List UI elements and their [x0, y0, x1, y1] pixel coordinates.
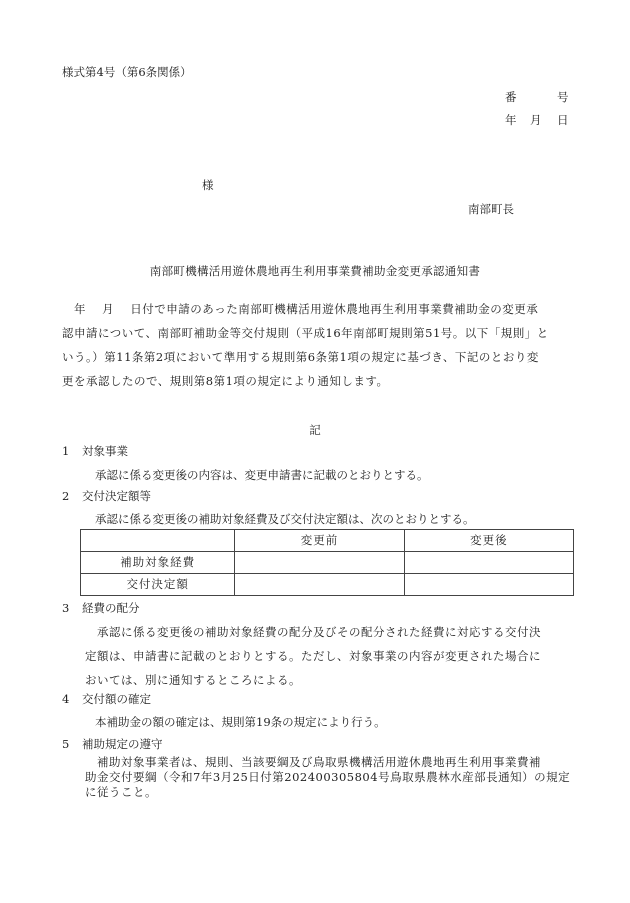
table-cell-after	[404, 552, 573, 574]
section-body-4: 本補助金の額の確定は、規則第19条の規定により行う。	[95, 717, 386, 729]
document-number-label: 番	[505, 92, 517, 104]
sender-name: 南部町長	[468, 204, 514, 216]
section-body-2: 承認に係る変更後の補助対象経費及び交付決定額は、次のとおりとする。	[95, 514, 475, 526]
section-line: 定額は、申請書に記載のとおりとする。ただし、対象事業の内容が変更された場合に	[85, 644, 575, 668]
section-number: 1	[62, 446, 82, 458]
amounts-table: 変更前 変更後 補助対象経費 交付決定額	[80, 529, 574, 596]
body-line: 年 月 日付で申請のあった南部町機構活用遊休農地再生利用事業費補助金の変更承	[62, 297, 582, 321]
section-title: 交付額の確定	[82, 692, 151, 706]
document-title: 南部町機構活用遊休農地再生利用事業費補助金変更承認通知書	[0, 266, 630, 278]
section-number: 2	[62, 491, 82, 503]
section-heading-2: 2交付決定額等	[62, 491, 151, 503]
table-row: 補助対象経費	[81, 552, 574, 574]
ki-heading: 記	[0, 425, 630, 437]
section-heading-5: 5補助規定の遵守	[62, 739, 163, 751]
table-cell-after	[404, 574, 573, 596]
addressee-honorific: 様	[202, 180, 214, 192]
section-line: 補助対象事業者は、規則、当該要綱及び鳥取県機構活用遊休農地再生利用事業費補	[85, 755, 575, 770]
date-year-label: 年	[505, 115, 517, 127]
section-title: 補助規定の遵守	[82, 737, 163, 751]
table-header-cell: 変更前	[235, 530, 404, 552]
section-line: おいては、別に通知するところによる。	[85, 668, 575, 692]
section-line: 助金交付要綱（令和7年3月25日付第202400305804号鳥取県農林水産部長…	[85, 770, 575, 785]
section-line: に従うこと。	[85, 785, 575, 800]
section-line: 承認に係る変更後の補助対象経費の配分及びその配分された経費に対応する交付決	[85, 620, 575, 644]
section-title: 経費の配分	[82, 601, 140, 615]
section-number: 4	[62, 694, 82, 706]
date-month-label: 月	[530, 115, 542, 127]
body-line: 認申請について、南部町補助金等交付規則（平成16年南部町規則第51号。以下「規則…	[62, 321, 582, 345]
table-row: 交付決定額	[81, 574, 574, 596]
section-number: 5	[62, 739, 82, 751]
section-number: 3	[62, 603, 82, 615]
form-number-label: 様式第4号（第6条関係）	[62, 67, 192, 79]
table-header-row: 変更前 変更後	[81, 530, 574, 552]
body-paragraph: 年 月 日付で申請のあった南部町機構活用遊休農地再生利用事業費補助金の変更承 認…	[62, 297, 582, 393]
table-row-label: 交付決定額	[81, 574, 235, 596]
table-header-cell: 変更後	[404, 530, 573, 552]
table-cell-before	[235, 552, 404, 574]
section-body-5: 補助対象事業者は、規則、当該要綱及び鳥取県機構活用遊休農地再生利用事業費補 助金…	[85, 755, 575, 800]
table-cell-before	[235, 574, 404, 596]
section-heading-3: 3経費の配分	[62, 603, 140, 615]
table-row-label: 補助対象経費	[81, 552, 235, 574]
section-title: 交付決定額等	[82, 489, 151, 503]
section-body-1: 承認に係る変更後の内容は、変更申請書に記載のとおりとする。	[95, 470, 429, 482]
body-line: 更を承認したので、規則第8第1項の規定により通知します。	[62, 369, 582, 393]
section-title: 対象事業	[82, 444, 128, 458]
date-day-label: 日	[557, 115, 569, 127]
document-number-suffix: 号	[557, 92, 569, 104]
body-line: いう。）第11条第2項において準用する規則第6条第1項の規定に基づき、下記のとお…	[62, 345, 582, 369]
section-heading-4: 4交付額の確定	[62, 694, 151, 706]
section-heading-1: 1対象事業	[62, 446, 128, 458]
section-body-3: 承認に係る変更後の補助対象経費の配分及びその配分された経費に対応する交付決 定額…	[85, 620, 575, 692]
table-header-cell	[81, 530, 235, 552]
